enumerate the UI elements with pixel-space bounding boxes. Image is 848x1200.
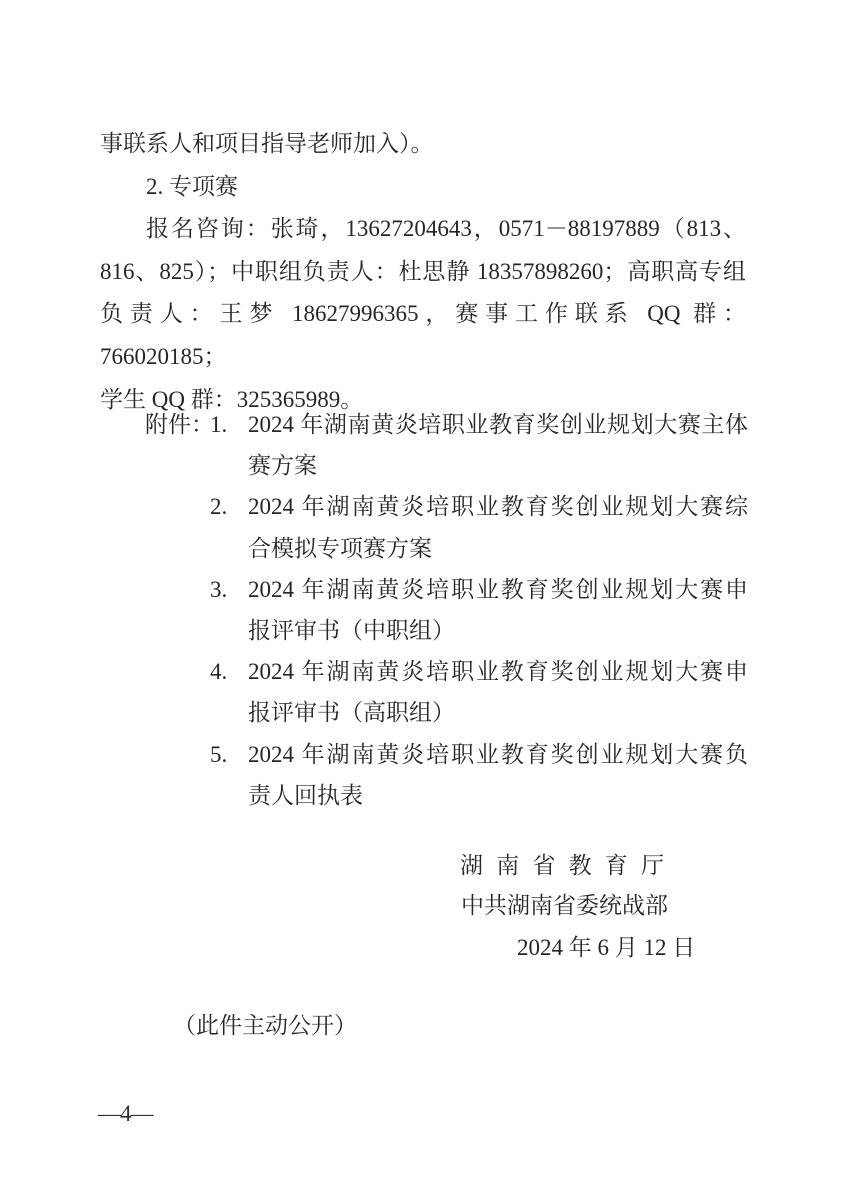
attachment-number: 5.	[210, 734, 248, 775]
attachment-title-line: 赛方案	[248, 445, 748, 486]
attachments-block: 附件： 1. 2024 年湖南黄炎培职业教育奖创业规划大赛主体 赛方案 2. 2…	[145, 404, 750, 816]
attachment-title-line: 责人回执表	[248, 775, 748, 816]
signature-org-united-front-dept: 中共湖南省委统战部	[461, 892, 668, 920]
attachment-title-line: 报评审书（中职组）	[248, 610, 748, 651]
attachment-title: 2024 年湖南黄炎培职业教育奖创业规划大赛申 报评审书（中职组）	[248, 569, 748, 651]
contact-line: 负责人：王梦 18627996365，赛事工作联系 QQ 群：766020185…	[100, 293, 746, 378]
attachment-title-line: 2024 年湖南黄炎培职业教育奖创业规划大赛负	[248, 734, 748, 775]
attachment-item: 4. 2024 年湖南黄炎培职业教育奖创业规划大赛申 报评审书（高职组）	[210, 651, 750, 733]
body-text-block: 事联系人和项目指导老师加入）。 2. 专项赛 报名咨询：张琦，136272046…	[100, 123, 746, 421]
document-page: 事联系人和项目指导老师加入）。 2. 专项赛 报名咨询：张琦，136272046…	[0, 0, 848, 1200]
attachment-title-line: 合模拟专项赛方案	[248, 528, 748, 569]
attachment-title: 2024 年湖南黄炎培职业教育奖创业规划大赛综 合模拟专项赛方案	[248, 486, 748, 568]
section-heading: 2. 专项赛	[100, 166, 746, 209]
attachment-title-line: 2024 年湖南黄炎培职业教育奖创业规划大赛申	[248, 569, 748, 610]
signature-org-education-dept: 湖 南 省 教 育 厅	[460, 852, 664, 880]
attachment-title-line: 2024 年湖南黄炎培职业教育奖创业规划大赛综	[248, 486, 748, 527]
attachment-title: 2024 年湖南黄炎培职业教育奖创业规划大赛主体 赛方案	[248, 404, 748, 486]
contact-line: 816、825）；中职组负责人：杜思静 18357898260；高职高专组	[100, 251, 746, 294]
attachment-item: 2. 2024 年湖南黄炎培职业教育奖创业规划大赛综 合模拟专项赛方案	[210, 486, 750, 568]
attachment-number: 1.	[210, 404, 248, 445]
attachment-title-line: 2024 年湖南黄炎培职业教育奖创业规划大赛主体	[248, 404, 748, 445]
contact-line: 报名咨询：张琦，13627204643，0571－88197889（813、	[100, 208, 746, 251]
attachment-title-line: 报评审书（高职组）	[248, 692, 748, 733]
attachment-title: 2024 年湖南黄炎培职业教育奖创业规划大赛申 报评审书（高职组）	[248, 651, 748, 733]
attachment-title-line: 2024 年湖南黄炎培职业教育奖创业规划大赛申	[248, 651, 748, 692]
attachment-number: 3.	[210, 569, 248, 610]
attachment-item: 5. 2024 年湖南黄炎培职业教育奖创业规划大赛负 责人回执表	[210, 734, 750, 816]
attachment-title: 2024 年湖南黄炎培职业教育奖创业规划大赛负 责人回执表	[248, 734, 748, 816]
paragraph-continuation-line: 事联系人和项目指导老师加入）。	[100, 123, 746, 166]
page-number: —4—	[98, 1100, 153, 1128]
signature-date: 2024 年 6 月 12 日	[517, 934, 695, 962]
attachment-item: 1. 2024 年湖南黄炎培职业教育奖创业规划大赛主体 赛方案	[210, 404, 750, 486]
disclosure-note: （此件主动公开）	[173, 1012, 357, 1040]
attachments-list: 1. 2024 年湖南黄炎培职业教育奖创业规划大赛主体 赛方案 2. 2024 …	[210, 404, 750, 816]
attachments-label: 附件：	[145, 404, 214, 445]
attachment-item: 3. 2024 年湖南黄炎培职业教育奖创业规划大赛申 报评审书（中职组）	[210, 569, 750, 651]
attachment-number: 4.	[210, 651, 248, 692]
attachment-number: 2.	[210, 486, 248, 527]
